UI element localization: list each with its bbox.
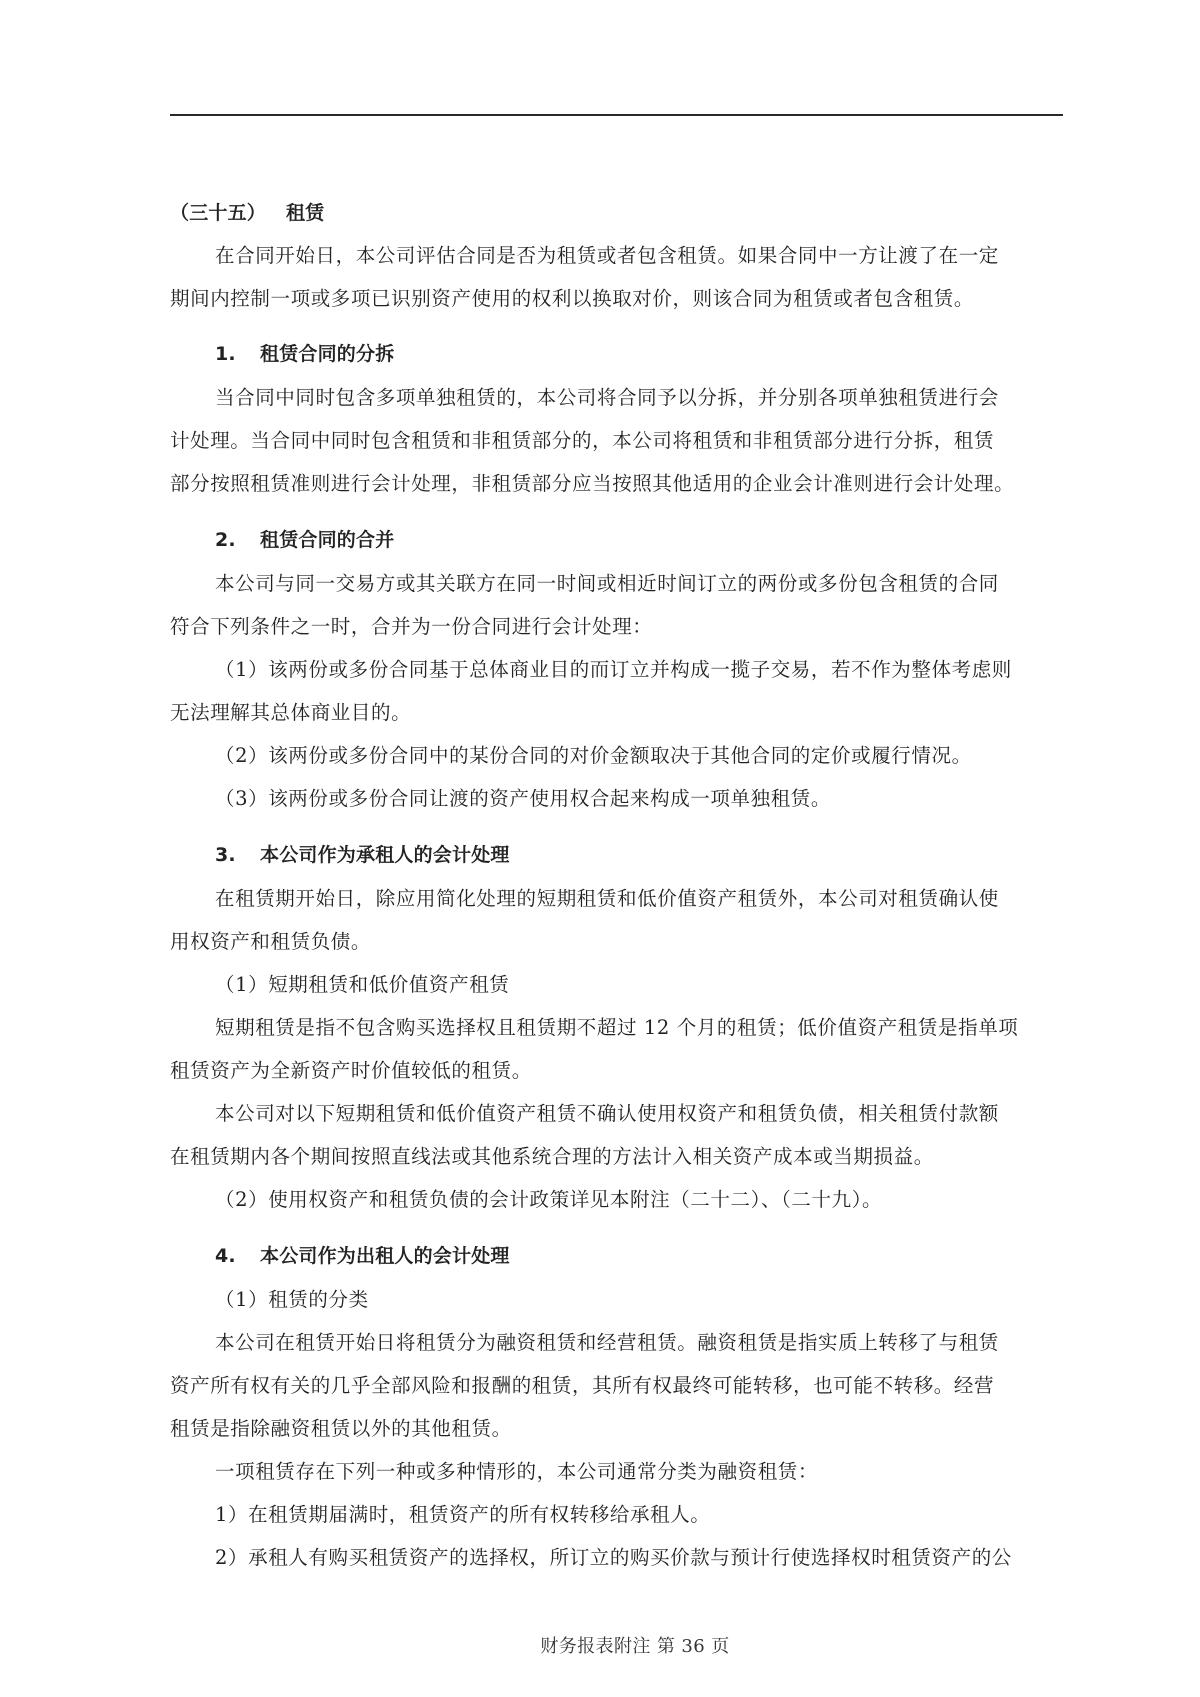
page-footer: 财务报表附注 第 36 页: [0, 1632, 1200, 1658]
subsection-number: 4.: [215, 1243, 260, 1269]
subsection-title: 租赁合同的合并: [260, 529, 394, 551]
paragraph-line: 当合同中同时包含多项单独租赁的，本公司将合同予以分拆，并分别各项单独租赁进行会: [215, 385, 1063, 411]
list-item-line: （2）该两份或多份合同中的某份合同的对价金额取决于其他合同的定价或履行情况。: [215, 743, 1063, 769]
paragraph-line: 符合下列条件之一时，合并为一份合同进行会计处理：: [170, 614, 1063, 640]
section-heading-number: （三十五）: [170, 202, 266, 224]
subsection-number: 1.: [215, 341, 260, 367]
subsection-heading-2: 2.租赁合同的合并: [215, 527, 1063, 553]
list-item-line: （1）短期租赁和低价值资产租赁: [215, 972, 1063, 998]
paragraph-line: 租赁资产为全新资产时价值较低的租赁。: [170, 1058, 1063, 1084]
subsection-number: 3.: [215, 842, 260, 868]
subsection-heading-1: 1.租赁合同的分拆: [215, 341, 1063, 367]
subsection-number: 2.: [215, 527, 260, 553]
paragraph-line: 部分按照租赁准则进行会计处理，非租赁部分应当按照其他适用的企业会计准则进行会计处…: [170, 471, 1063, 497]
list-item-line: 2）承租人有购买租赁资产的选择权，所订立的购买价款与预计行使选择权时租赁资产的公: [215, 1545, 1063, 1571]
section-heading-title: 租赁: [286, 202, 324, 224]
subsection-heading-4: 4.本公司作为出租人的会计处理: [215, 1243, 1063, 1269]
paragraph-line: 一项租赁存在下列一种或多种情形的，本公司通常分类为融资租赁：: [215, 1459, 1063, 1485]
intro-line-1: 在合同开始日，本公司评估合同是否为租赁或者包含租赁。如果合同中一方让渡了在一定: [215, 243, 1063, 269]
section-heading: （三十五）租赁: [170, 200, 1063, 226]
list-item-line: 1）在租赁期届满时，租赁资产的所有权转移给承租人。: [215, 1502, 1063, 1528]
paragraph-line: 本公司与同一交易方或其关联方在同一时间或相近时间订立的两份或多份包含租赁的合同: [215, 571, 1063, 597]
paragraph-line: 用权资产和租赁负债。: [170, 929, 1063, 955]
paragraph-line: 本公司对以下短期租赁和低价值资产租赁不确认使用权资产和租赁负债，相关租赁付款额: [215, 1101, 1063, 1127]
list-item-line: （2）使用权资产和租赁负债的会计政策详见本附注（二十二）、（二十九）。: [215, 1187, 1063, 1213]
list-item-line: （1）租赁的分类: [215, 1287, 1063, 1313]
list-item-line: 无法理解其总体商业目的。: [170, 700, 1063, 726]
paragraph-line: 计处理。当合同中同时包含租赁和非租赁部分的，本公司将租赁和非租赁部分进行分拆，租…: [170, 428, 1063, 454]
subsection-title: 本公司作为承租人的会计处理: [260, 844, 510, 866]
subsection-heading-3: 3.本公司作为承租人的会计处理: [215, 842, 1063, 868]
subsection-title: 租赁合同的分拆: [260, 343, 394, 365]
subsection-title: 本公司作为出租人的会计处理: [260, 1245, 510, 1267]
paragraph-line: 资产所有权有关的几乎全部风险和报酬的租赁，其所有权最终可能转移，也可能不转移。经…: [170, 1373, 1063, 1399]
paragraph-line: 本公司在租赁开始日将租赁分为融资租赁和经营租赁。融资租赁是指实质上转移了与租赁: [215, 1330, 1063, 1356]
paragraph-line: 在租赁期内各个期间按照直线法或其他系统合理的方法计入相关资产成本或当期损益。: [170, 1144, 1063, 1170]
paragraph-line: 租赁是指除融资租赁以外的其他租赁。: [170, 1416, 1063, 1442]
header-rule: [170, 114, 1063, 116]
list-item-line: （1）该两份或多份合同基于总体商业目的而订立并构成一揽子交易，若不作为整体考虑则: [215, 657, 1063, 683]
intro-line-2: 期间内控制一项或多项已识别资产使用的权利以换取对价，则该合同为租赁或者包含租赁。: [170, 286, 1063, 312]
list-item-line: （3）该两份或多份合同让渡的资产使用权合起来构成一项单独租赁。: [215, 786, 1063, 812]
paragraph-line: 在租赁期开始日，除应用简化处理的短期租赁和低价值资产租赁外，本公司对租赁确认使: [215, 886, 1063, 912]
paragraph-line: 短期租赁是指不包含购买选择权且租赁期不超过 12 个月的租赁；低价值资产租赁是指…: [215, 1015, 1063, 1041]
